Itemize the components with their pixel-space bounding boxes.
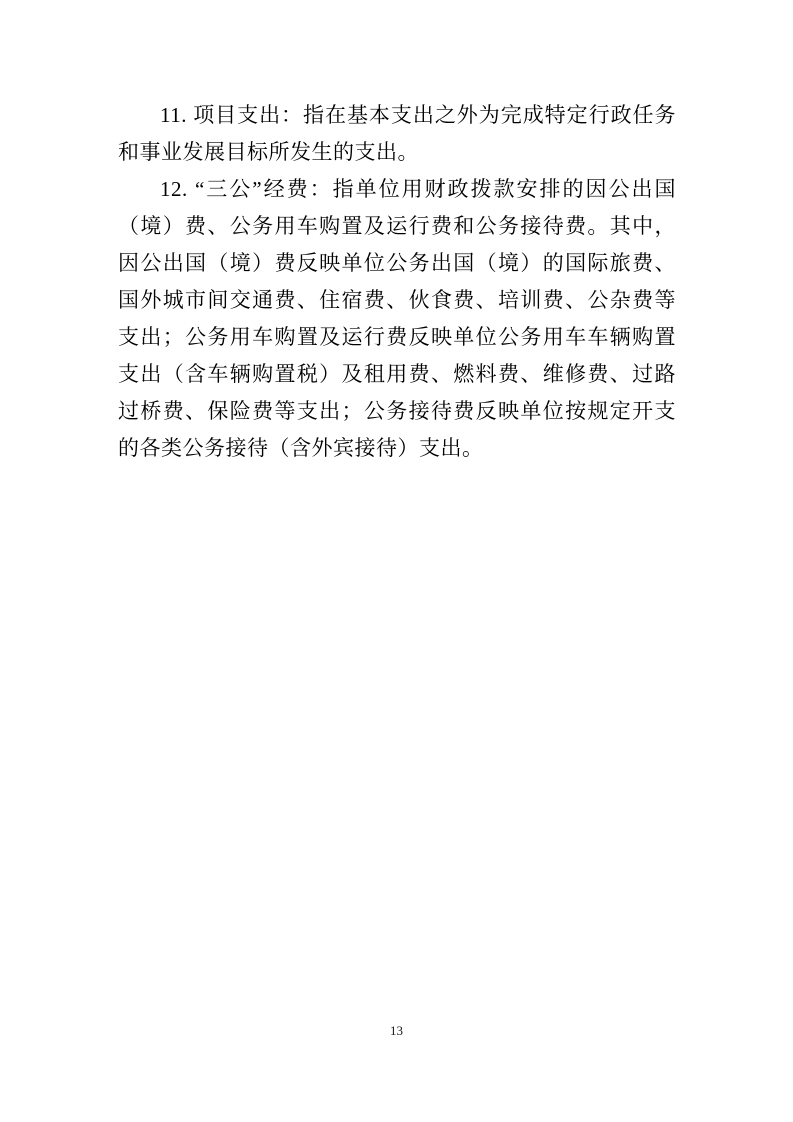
page-number: 13 [390,1023,403,1038]
document-text-body: 11. 项目支出：指在基本支出之外为完成特定行政任务和事业发展目标所发生的支出。… [118,97,676,467]
page-footer: 13 [0,1022,793,1040]
paragraph-item-11-project-expenditure: 11. 项目支出：指在基本支出之外为完成特定行政任务和事业发展目标所发生的支出。 [118,97,676,171]
document-page: 11. 项目支出：指在基本支出之外为完成特定行政任务和事业发展目标所发生的支出。… [0,0,793,1122]
paragraph-item-12-three-public-funds: 12. “三公”经费：指单位用财政拨款安排的因公出国（境）费、公务用车购置及运行… [118,171,676,467]
